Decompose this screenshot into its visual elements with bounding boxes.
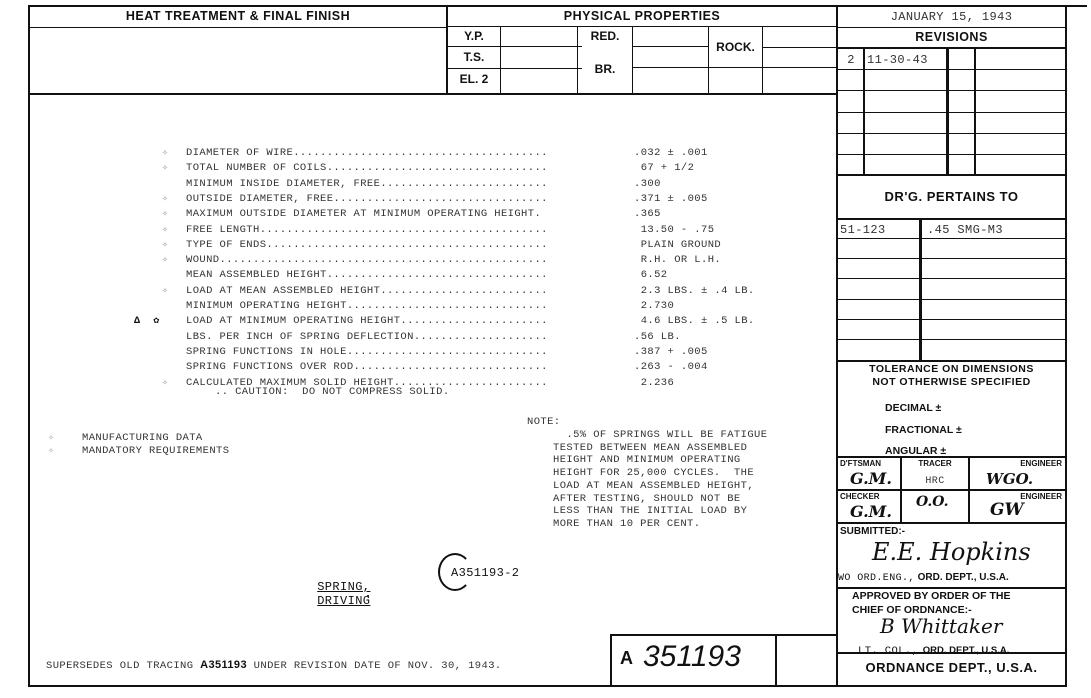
spec-label: MEAN ASSEMBLED HEIGHT...................… xyxy=(186,270,631,281)
pertains-row-line xyxy=(836,299,1067,300)
part-name: SPRING, DRIVING xyxy=(302,566,370,608)
spec-value: 67 + 1/2 xyxy=(634,163,694,174)
note-line: HEIGHT FOR 25,000 CYCLES. THE xyxy=(553,467,767,480)
spec-label: DIAMETER OF WIRE........................… xyxy=(186,148,631,159)
spec-value: 2.730 xyxy=(634,301,674,312)
rev-row-line xyxy=(836,69,1067,70)
spec-value: 6.52 xyxy=(634,270,668,281)
submitted-divider xyxy=(836,587,1067,589)
draftsman-signature: G.M. xyxy=(850,469,892,488)
spec-label: OUTSIDE DIAMETER, FREE..................… xyxy=(186,194,631,205)
supersedes-suffix: UNDER REVISION DATE OF NOV. 30, 1943. xyxy=(247,660,502,672)
spec-label: LOAD AT MINIMUM OPERATING HEIGHT........… xyxy=(186,316,631,327)
tolerance-decimal: DECIMAL ± xyxy=(885,402,941,414)
supersedes-prefix: SUPERSEDES OLD TRACING xyxy=(46,660,200,672)
phys-row-line xyxy=(762,47,838,48)
legend-mark-1: ✧ xyxy=(48,432,54,444)
note-line: HEIGHT AND MINIMUM OPERATING xyxy=(553,454,767,467)
rev-row-line xyxy=(836,133,1067,134)
date-divider xyxy=(836,27,1067,28)
tolerance-title-1: TOLERANCE ON DIMENSIONS xyxy=(838,363,1065,375)
pertains-item: .45 SMG-M3 xyxy=(927,223,1003,237)
draftsman-label: D'FTSMAN xyxy=(840,459,881,468)
spec-value: .387 + .005 xyxy=(634,347,708,358)
rev-row-line xyxy=(836,154,1067,155)
spec-label: TOTAL NUMBER OF COILS...................… xyxy=(186,163,631,174)
spec-label: LOAD AT MEAN ASSEMBLED HEIGHT...........… xyxy=(186,286,631,297)
spec-label: SPRING FUNCTIONS OVER ROD...............… xyxy=(186,362,631,373)
spec-mark-icon: Δ ✿ xyxy=(134,316,194,327)
spec-label: LBS. PER INCH OF SPRING DEFLECTION......… xyxy=(186,332,631,343)
spec-value: .032 ± .001 xyxy=(634,148,708,159)
spec-value: .263 - .004 xyxy=(634,362,708,373)
legend-mandatory-requirements: MANDATORY REQUIREMENTS xyxy=(82,445,229,457)
approved-signature: B Whittaker xyxy=(880,614,1002,638)
spec-value: PLAIN GROUND xyxy=(634,240,721,251)
spec-label: SPRING FUNCTIONS IN HOLE................… xyxy=(186,347,631,358)
spec-label: TYPE OF ENDS............................… xyxy=(186,240,631,251)
sig-row-line xyxy=(836,522,1067,524)
checker2-signature: O.O. xyxy=(916,494,949,510)
pertains-row-line xyxy=(836,339,1067,340)
tracer-label: TRACER xyxy=(902,459,968,468)
approved-divider xyxy=(836,652,1067,654)
label-yp: Y.P. xyxy=(448,29,500,43)
frame-top xyxy=(28,5,1087,7)
title-block-right-border xyxy=(1065,5,1067,687)
label-el: EL. 2 xyxy=(448,72,500,86)
spec-value: .56 LB. xyxy=(634,332,681,343)
caution-text: .. CAUTION: DO NOT COMPRESS SOLID. xyxy=(215,386,450,398)
dot-mark xyxy=(367,595,369,597)
note-body: .5% OF SPRINGS WILL BE FATIGUETESTED BET… xyxy=(553,429,767,531)
submitted-title-prefix: WO ORD.ENG., xyxy=(838,573,915,584)
ts-field[interactable] xyxy=(501,47,577,68)
label-ts: T.S. xyxy=(448,50,500,64)
pertains-row-line xyxy=(836,360,1067,362)
spec-label: MINIMUM INSIDE DIAMETER, FREE...........… xyxy=(186,179,631,190)
phys-row-line xyxy=(632,67,838,68)
spec-list: ✧DIAMETER OF WIRE.......................… xyxy=(122,148,822,408)
rev-row-line xyxy=(836,112,1067,113)
rock-field[interactable] xyxy=(763,27,836,47)
note-line: LOAD AT MEAN ASSEMBLED HEIGHT, xyxy=(553,480,767,493)
pertains-row-line xyxy=(836,319,1067,320)
legend-manufacturing-data: MANUFACTURING DATA xyxy=(82,432,203,444)
engineer-label: ENGINEER xyxy=(970,459,1062,468)
header-divider xyxy=(28,93,836,95)
el-field[interactable] xyxy=(501,69,577,93)
spec-label: WOUND...................................… xyxy=(186,255,631,266)
spec-value: .371 ± .005 xyxy=(634,194,708,205)
pertains-row-line xyxy=(836,278,1067,279)
drawing-number-prefix: A xyxy=(620,648,633,669)
sig-row-line xyxy=(836,489,1067,491)
checker-signature: G.M. xyxy=(850,502,892,521)
pertains-row-line xyxy=(836,238,1067,239)
frame-left xyxy=(28,5,30,686)
tolerance-fractional: FRACTIONAL ± xyxy=(885,424,962,436)
heat-treatment-title: HEAT TREATMENT & FINAL FINISH xyxy=(30,9,446,23)
revision-number: 2 xyxy=(840,53,862,67)
phys-col-line xyxy=(708,26,709,94)
note-line: AFTER TESTING, SHOULD NOT BE xyxy=(553,493,767,506)
part-name-2: DRIVING xyxy=(317,594,370,608)
spec-label: MINIMUM OPERATING HEIGHT................… xyxy=(186,301,631,312)
legend-mark-2: ✧ xyxy=(48,445,54,457)
part-name-1: SPRING, xyxy=(317,580,370,594)
spec-label: FREE LENGTH.............................… xyxy=(186,225,631,236)
ordnance-dept: ORDNANCE DEPT., U.S.A. xyxy=(838,660,1065,675)
drawing-number-left xyxy=(610,634,612,686)
sheet-field[interactable] xyxy=(777,636,836,685)
br-field[interactable] xyxy=(633,47,708,67)
note-line: LESS THAN THE INITIAL LOAD BY xyxy=(553,505,767,518)
supersedes-number: A351193 xyxy=(200,659,247,671)
checker-label: CHECKER xyxy=(840,492,880,501)
title-block-bottom xyxy=(836,685,1067,687)
revision-date: 11-30-43 xyxy=(867,53,928,67)
approved-title-line: LT. COL., ORD. DEPT., U.S.A. xyxy=(858,640,1064,658)
revisions-title: REVISIONS xyxy=(838,30,1065,44)
heat-title-divider xyxy=(28,27,448,28)
submitted-title: ORD. DEPT., U.S.A. xyxy=(918,572,1009,583)
approved-line-1: APPROVED BY ORDER OF THE xyxy=(852,590,1011,602)
label-rock: ROCK. xyxy=(709,40,762,54)
pertains-title: DR'G. PERTAINS TO xyxy=(838,189,1065,204)
yp-field[interactable] xyxy=(501,27,577,46)
spec-value: 13.50 - .75 xyxy=(634,225,714,236)
note-line: MORE THAN 10 PER CENT. xyxy=(553,518,767,531)
spec-value: 4.6 LBS. ± .5 LB. xyxy=(634,316,755,327)
pertains-code: 51-123 xyxy=(840,223,886,237)
drawing-date: JANUARY 15, 1943 xyxy=(838,10,1065,24)
spec-value: .365 xyxy=(634,209,661,220)
submitted-title-line: WO ORD.ENG., ORD. DEPT., U.S.A. xyxy=(838,572,1066,584)
tolerance-divider xyxy=(836,456,1067,458)
engineer-signature: WGO. xyxy=(986,470,1033,488)
submitted-label: SUBMITTED:- xyxy=(840,526,905,537)
spec-value: R.H. OR L.H. xyxy=(634,255,721,266)
rev-row-line xyxy=(836,174,1067,176)
physical-properties-title: PHYSICAL PROPERTIES xyxy=(448,9,836,23)
note-line: TESTED BETWEEN MEAN ASSEMBLED xyxy=(553,442,767,455)
heat-treatment-field[interactable] xyxy=(30,29,446,92)
note-line: .5% OF SPRINGS WILL BE FATIGUE xyxy=(553,429,767,442)
frame-bottom xyxy=(28,685,838,687)
drawing-number: 351193 xyxy=(643,640,741,674)
tolerance-title-2: NOT OTHERWISE SPECIFIED xyxy=(838,376,1065,388)
approved-title: ORD. DEPT., U.S.A. xyxy=(923,645,1010,656)
spec-value: 2.3 LBS. ± .4 LB. xyxy=(634,286,755,297)
tracer-value: HRC xyxy=(902,476,968,487)
submitted-signature: E.E. Hopkins xyxy=(872,538,1031,566)
rev-row-line xyxy=(836,90,1067,91)
red-field[interactable] xyxy=(633,27,708,46)
supersedes-note: SUPERSEDES OLD TRACING A351193 UNDER REV… xyxy=(46,659,502,672)
approved-title-prefix: LT. COL., xyxy=(858,645,918,657)
spec-value: 2.236 xyxy=(634,378,674,389)
revisions-title-divider xyxy=(836,47,1067,49)
label-red: RED. xyxy=(578,29,632,43)
engineer2-signature: GW xyxy=(990,500,1024,520)
spec-value: .300 xyxy=(634,179,661,190)
title-block-left-border xyxy=(836,5,838,687)
note-title: NOTE: xyxy=(527,416,561,428)
pertains-divider xyxy=(836,218,1067,220)
part-number: A351193-2 xyxy=(451,566,519,580)
label-br: BR. xyxy=(578,62,632,76)
pertains-row-line xyxy=(836,258,1067,259)
spec-label: MAXIMUM OUTSIDE DIAMETER AT MINIMUM OPER… xyxy=(186,209,631,220)
